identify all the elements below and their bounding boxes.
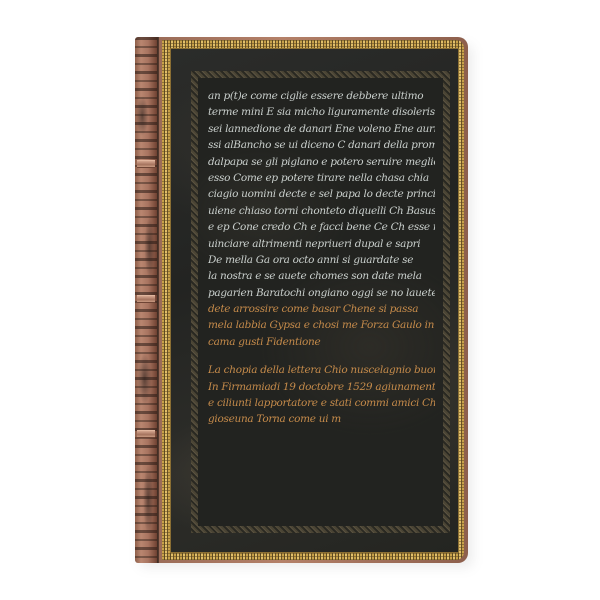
handwritten-script: an p(t)e come ciglie essere debbere ulti… [208, 88, 435, 428]
script-line: La chopia della lettera Chio nuscelagnio… [208, 362, 435, 378]
paragraph-gap [208, 350, 435, 362]
script-line: pagarien Baratochi ongiano oggi se no la… [208, 285, 435, 301]
script-line: la nostra e se auete chomes son date mel… [208, 268, 435, 284]
script-line: e ciliunti lapportatore e stati commi am… [208, 395, 435, 411]
script-line: terme mini E sia micho liguramente disol… [208, 104, 435, 120]
script-line: cama gusti Fidentione [208, 334, 435, 350]
script-line: gioseuna Torna come ui m [208, 411, 435, 427]
script-line: an p(t)e come ciglie essere debbere ulti… [208, 88, 435, 104]
script-line: ciagio uomini decte e sel papa lo decte … [208, 186, 435, 202]
script-line: esso Come ep potere tirare nella chasa c… [208, 170, 435, 186]
script-line: mela labbia Gypsa e chosi me Forza Gaulo… [208, 317, 435, 333]
script-line: dalpapa se gli piglano e potero seruire … [208, 154, 435, 170]
spine-band [137, 295, 155, 303]
script-line: uiene chiaso torni chonteto diquelli Ch … [208, 203, 435, 219]
script-line: In Firmamiadi 19 doctobre 1529 agiunamen… [208, 379, 435, 395]
script-line: sei lannedione de danari Ene voleno Ene … [208, 121, 435, 137]
spine-band [137, 430, 155, 438]
script-line: De mella Ga ora octo anni si guardate se [208, 252, 435, 268]
script-line: dete arrossire come basar Chene si passa [208, 301, 435, 317]
script-line: ssi alBancho se ui diceno C danari della… [208, 137, 435, 153]
decorative-inner-border: an p(t)e come ciglie essere debbere ulti… [191, 71, 450, 533]
book-spine [135, 37, 159, 563]
journal-book: an p(t)e come ciglie essere debbere ulti… [135, 37, 468, 563]
script-line: uinciare altrimenti nepriueri dupal e sa… [208, 236, 435, 252]
script-line: e ep Cone credo Ch e facci bene Ce Ch es… [208, 219, 435, 235]
spine-band [137, 160, 155, 168]
cover-panel: an p(t)e come ciglie essere debbere ulti… [170, 48, 459, 553]
